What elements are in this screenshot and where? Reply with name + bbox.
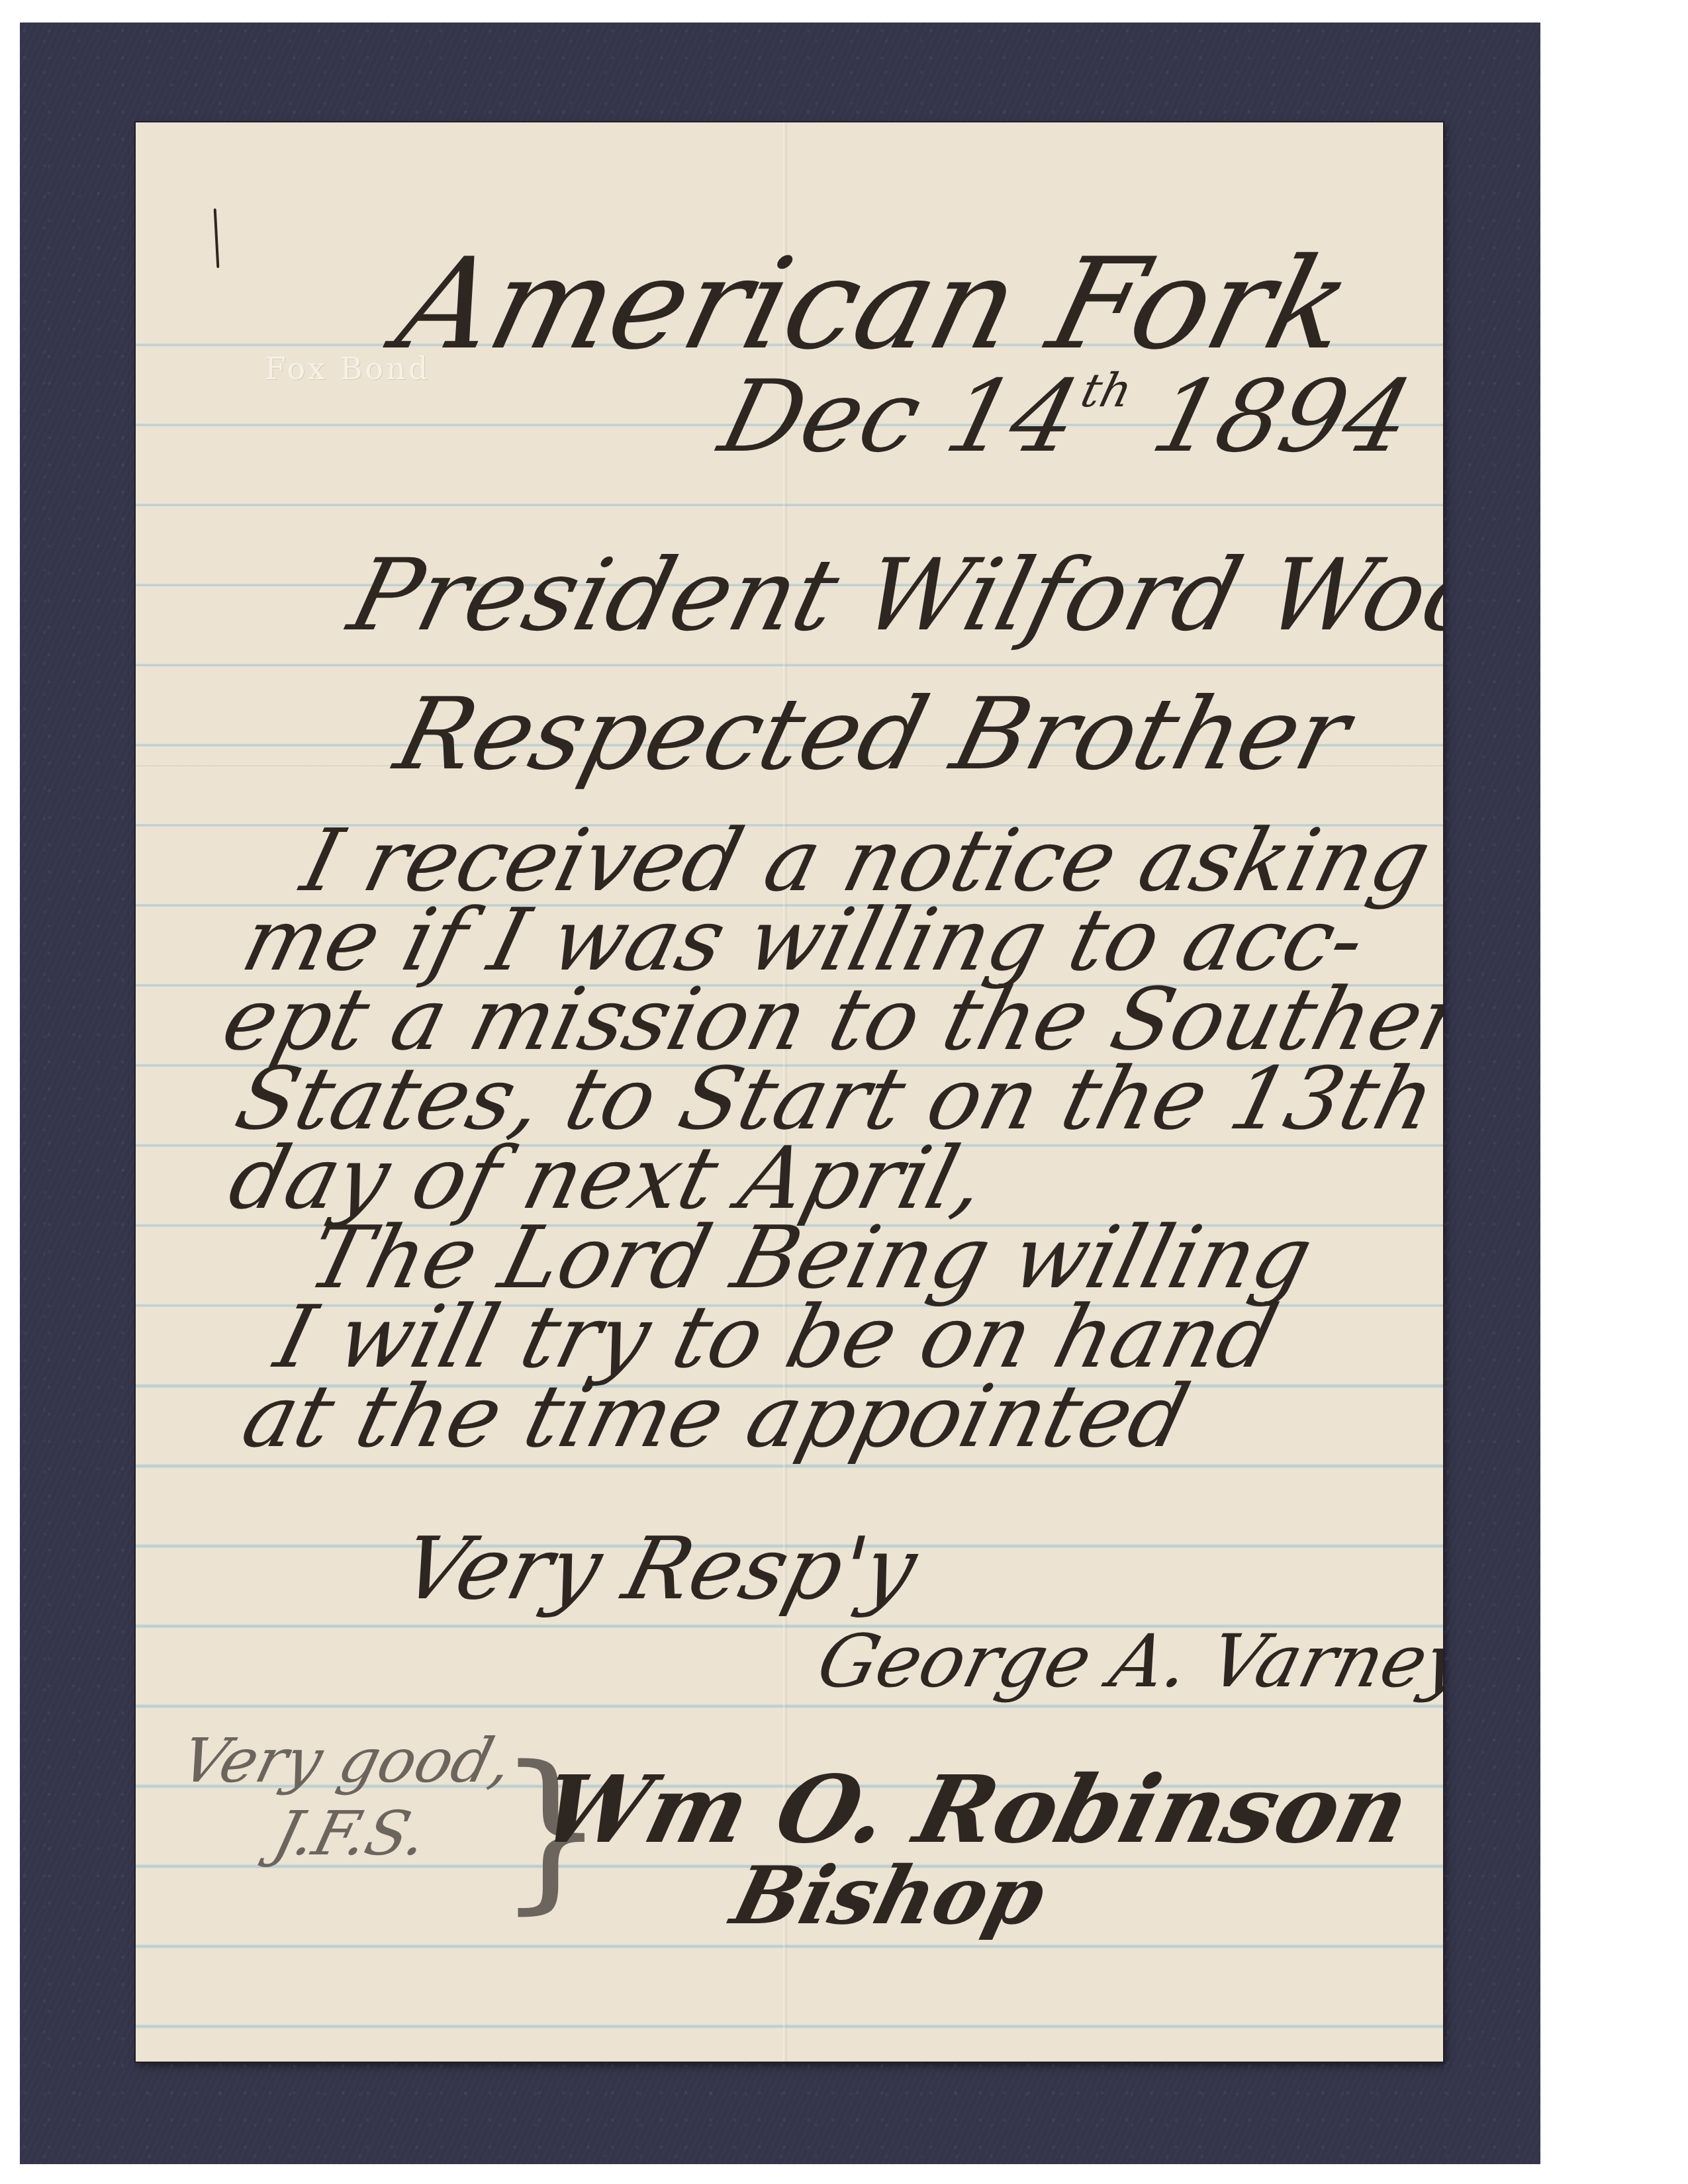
salutation: Respected Brother bbox=[387, 685, 1358, 784]
letter-sheet: Fox Bond American Fork Dec 14th 1894 Pre… bbox=[136, 122, 1443, 2062]
pencil-annotation-initials: J.F.S. bbox=[268, 1803, 434, 1864]
date-month-day: Dec 14 bbox=[710, 359, 1090, 475]
date-year: 1894 bbox=[1142, 359, 1423, 475]
margin-tick-mark bbox=[214, 208, 220, 268]
letter-place: American Fork bbox=[387, 242, 1362, 367]
addressee: President Wilford Woodruff bbox=[341, 546, 1443, 645]
endorser-signature: Wm O. Robinson bbox=[533, 1764, 1418, 1856]
closing: Very Resp'y bbox=[394, 1525, 925, 1612]
letter-date: Dec 14th 1894 bbox=[712, 367, 1421, 467]
endorser-title: Bishop bbox=[725, 1856, 1053, 1936]
signature: George A. Varney bbox=[811, 1625, 1443, 1698]
body-line: at the time appointed bbox=[235, 1373, 1197, 1459]
pencil-annotation: Very good, bbox=[175, 1731, 518, 1792]
